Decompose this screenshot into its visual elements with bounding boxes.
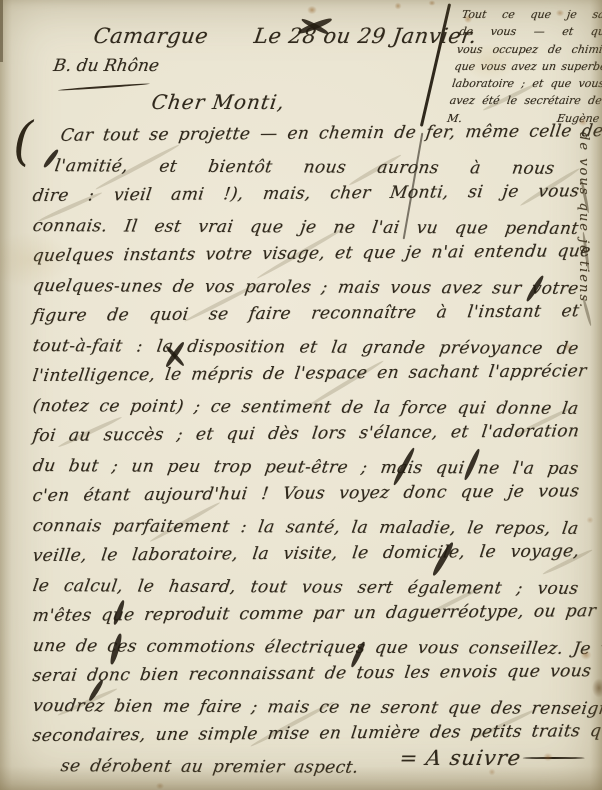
body-line: Car tout se projette — en chemin de fer,… [30,121,581,156]
margin-note-line: avez été le secrétaire de [448,92,602,109]
salutation: Cher Monti, [150,90,287,114]
letter-page: CamargueLe 28 ou 29 Janvier. B. du Rhône… [0,0,602,790]
place-name: Camargue [92,24,210,48]
body-line: serai donc bien reconnaissant de tous le… [30,661,581,696]
department-line: B. du Rhône [52,56,160,76]
margin-note-line: vous occupez de chimie [456,41,602,58]
margin-note-line: laboratoire ; et que vous [451,75,602,92]
body-line: m'êtes que reproduit comme par un daguer… [30,601,581,636]
margin-note-line: de vous — et que [458,23,602,40]
body-line: figure de quoi se faire reconnaître à l'… [30,301,581,336]
body-line: se dérobent au premier aspect. [30,756,392,788]
body-line: l'intelligence, le mépris de l'espace en… [30,361,581,396]
body-line: c'en étant aujourd'hui ! Vous voyez donc… [30,481,581,516]
header-place-date: CamargueLe 28 ou 29 Janvier. [92,24,478,48]
signature-text: = A suivre [398,746,523,770]
margin-note: Tout ce que je sais de vous — et que vou… [446,6,602,127]
scan-edge-shadow [0,0,3,62]
letter-body: Car tout se projette — en chemin de fer,… [30,126,576,786]
body-line: dire : vieil ami !), mais, cher Monti, s… [30,181,581,216]
margin-bracket-stroke [420,3,451,126]
body-line: quelques instants votre visage, et que j… [30,241,581,276]
body-line: veille, le laboratoire, la visite, le do… [30,541,581,576]
underline-flourish [58,83,150,91]
signature-flourish [523,757,585,759]
body-line: foi au succès ; et qui dès lors s'élance… [30,421,581,456]
margin-note-line: Tout ce que je sais [461,6,602,23]
margin-note-line: que vous avez un superbe [453,58,602,75]
signature: = A suivre [398,746,587,770]
